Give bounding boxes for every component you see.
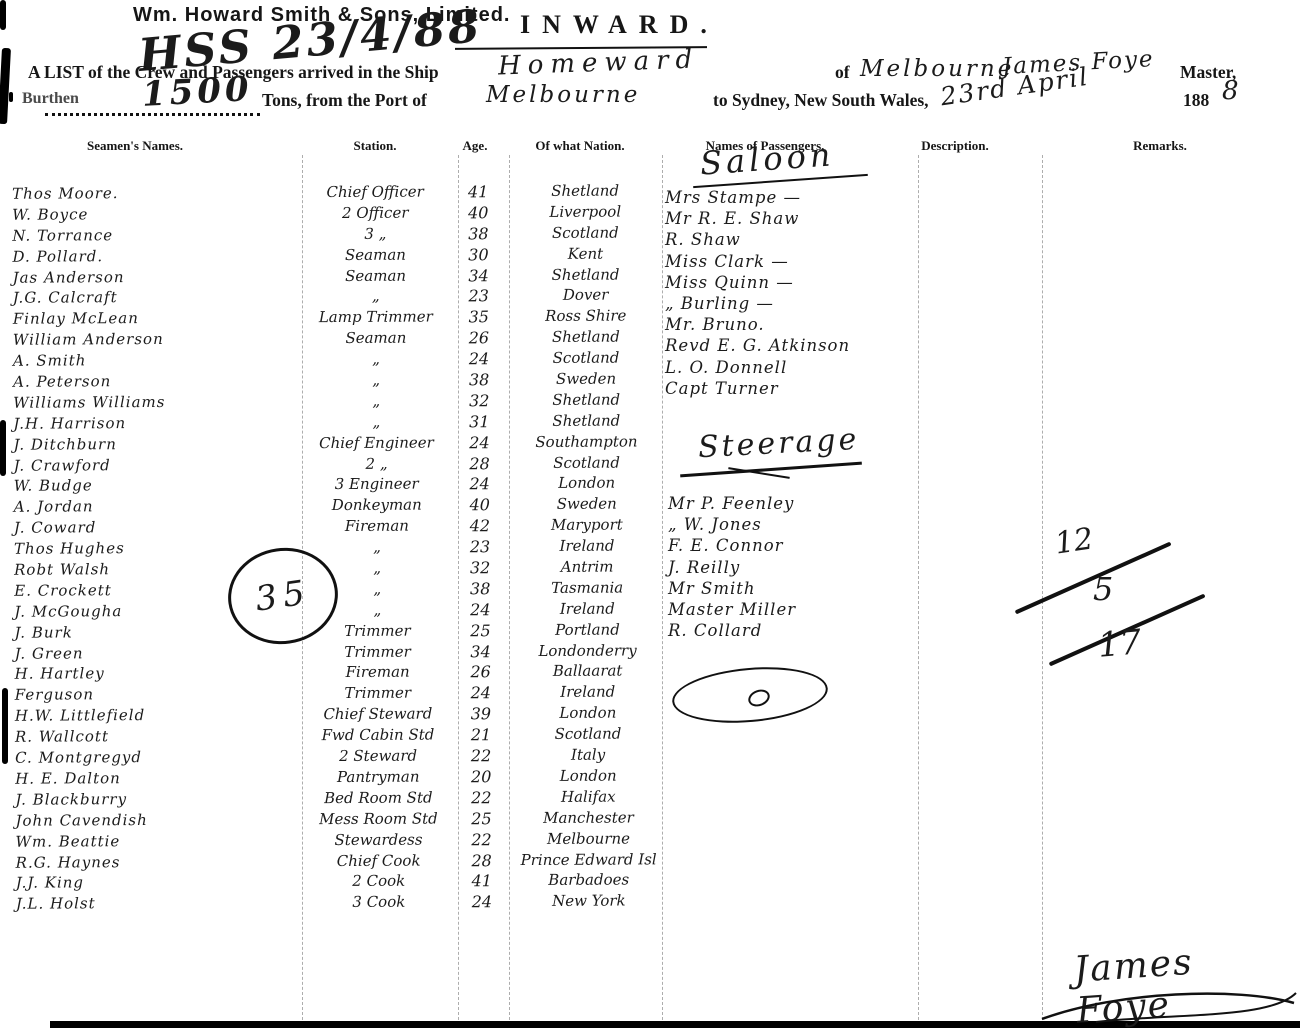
crew-nation: Halifax xyxy=(509,787,667,806)
crew-station: Chief Steward xyxy=(295,705,461,724)
crew-station: 2 Cook xyxy=(296,872,462,891)
tally-total-count: 17 xyxy=(1096,622,1143,666)
crew-nation: Ireland xyxy=(509,683,667,702)
scan-artifact xyxy=(2,688,8,764)
crew-station: Mess Room Std xyxy=(295,809,461,828)
crew-station: Seaman xyxy=(293,329,459,348)
crew-age: 24 xyxy=(453,433,505,452)
crew-age: 23 xyxy=(453,287,505,306)
crew-age: 39 xyxy=(455,704,507,723)
crew-nation: Portland xyxy=(508,620,666,639)
crew-age: 20 xyxy=(455,767,507,786)
crew-age: 24 xyxy=(456,892,508,911)
list-item: Mr R. E. Shaw xyxy=(665,209,920,230)
passenger-name: „ W. Jones xyxy=(668,515,762,534)
crew-nation: Sweden xyxy=(507,369,665,388)
crew-name: Thos Moore. xyxy=(12,183,292,202)
crew-name: Finlay McLean xyxy=(13,309,293,328)
crew-nation: London xyxy=(509,766,667,785)
crew-age: 24 xyxy=(453,349,505,368)
crew-age: 34 xyxy=(454,642,506,661)
crew-name: Wm. Beattie xyxy=(15,831,295,850)
crew-nation: Ballaarat xyxy=(509,662,667,681)
crew-nation: Ireland xyxy=(508,599,666,618)
list-item: Mr P. Feenley xyxy=(668,494,923,515)
crew-age: 24 xyxy=(454,600,506,619)
crew-nation: Kent xyxy=(506,244,664,263)
crew-age: 35 xyxy=(453,307,505,326)
crew-station: Fwd Cabin Std xyxy=(295,726,461,745)
passenger-name: R. Collard xyxy=(668,621,762,640)
of-label: of xyxy=(835,62,850,83)
list-item: R. Collard xyxy=(668,621,923,642)
page-title: INWARD. xyxy=(520,10,719,40)
crew-station: Chief Officer xyxy=(292,182,458,201)
crew-name: J. Ditchburn xyxy=(13,434,293,453)
crew-age: 31 xyxy=(453,412,505,431)
ship-name: Homeward xyxy=(498,44,700,81)
list-item: F. E. Connor xyxy=(668,536,923,557)
list-item: Miss Quinn — xyxy=(665,273,920,294)
passenger-name: R. Shaw xyxy=(665,230,741,249)
year-printed: 188 xyxy=(1183,90,1209,111)
crew-station: Lamp Trimmer xyxy=(293,308,459,327)
crew-age: 21 xyxy=(455,725,507,744)
list-item: Mrs Stampe — xyxy=(665,188,920,209)
crew-station: Fireman xyxy=(294,517,460,536)
crew-name: J.L. Holst xyxy=(16,894,296,913)
crew-age: 40 xyxy=(452,203,504,222)
crew-name: W. Boyce xyxy=(12,204,292,223)
crew-name: William Anderson xyxy=(13,329,293,348)
crew-name: A. Peterson xyxy=(13,371,293,390)
crew-nation: New York xyxy=(510,892,668,911)
crew-name: A. Jordan xyxy=(14,497,294,516)
passenger-name: L. O. Donnell xyxy=(665,358,787,377)
crew-station: Fireman xyxy=(295,663,461,682)
tons-label: Tons, from the Port of xyxy=(262,90,427,111)
crew-age: 26 xyxy=(453,328,505,347)
passenger-name: Capt Turner xyxy=(665,379,779,398)
crew-nation: Tasmania xyxy=(508,578,666,597)
signature-flourish xyxy=(1038,983,1300,1025)
crew-name: J. Crawford xyxy=(14,455,294,474)
crew-name: R.G. Haynes xyxy=(16,852,296,871)
crew-name: J. Coward xyxy=(14,517,294,536)
crew-name: R. Wallcott xyxy=(15,726,295,745)
tonnage-underline xyxy=(45,113,260,116)
crew-nation: Londonderry xyxy=(508,641,666,660)
crew-nation: Maryport xyxy=(508,516,666,535)
crew-name: H.W. Littlefield xyxy=(15,705,295,724)
list-item: Revd E. G. Atkinson xyxy=(665,336,920,357)
column-rule xyxy=(1042,155,1043,1020)
list-item: Mr Smith xyxy=(668,579,923,600)
crew-name: J.H. Harrison xyxy=(13,413,293,432)
crew-age: 28 xyxy=(454,454,506,473)
passenger-name: Master Miller xyxy=(668,600,796,619)
column-header-remarks: Remarks. xyxy=(1100,138,1220,154)
crew-name: Williams Williams xyxy=(13,392,293,411)
crew-station: 2 Officer xyxy=(292,203,458,222)
crew-nation: Italy xyxy=(509,745,667,764)
scan-artifact xyxy=(0,420,6,476)
crew-station: „ xyxy=(293,349,459,368)
scan-artifact xyxy=(0,0,6,30)
crew-nation: Shetland xyxy=(507,265,665,284)
crew-station: Seaman xyxy=(292,245,458,264)
crew-name: W. Budge xyxy=(14,476,294,495)
crew-station: Seaman xyxy=(293,266,459,285)
crew-age: 41 xyxy=(456,872,508,891)
column-header-description: Description. xyxy=(890,138,1020,154)
crew-age: 24 xyxy=(455,683,507,702)
crew-age: 32 xyxy=(454,558,506,577)
year-digit: 8 xyxy=(1222,76,1239,106)
list-item: Master Miller xyxy=(668,600,923,621)
crew-age: 25 xyxy=(455,809,507,828)
crew-name: J.G. Calcraft xyxy=(13,288,293,307)
crew-nation: Barbadoes xyxy=(510,871,668,890)
crew-station: Trimmer xyxy=(295,684,461,703)
crew-name: H. Hartley xyxy=(15,664,295,683)
crew-nation: Sweden xyxy=(508,495,666,514)
passenger-name: „ Burling — xyxy=(665,294,774,313)
crew-table: Thos Moore. Chief Officer 41 Shetland W.… xyxy=(6,181,670,916)
passenger-name: Miss Quinn — xyxy=(665,273,794,292)
crew-age: 25 xyxy=(454,621,506,640)
crew-nation: Shetland xyxy=(506,181,664,200)
crew-nation: Ross Shire xyxy=(507,307,665,326)
crew-age: 26 xyxy=(455,663,507,682)
crew-station: Pantryman xyxy=(295,767,461,786)
crew-nation: Southampton xyxy=(507,432,665,451)
destination-label: to Sydney, New South Wales, xyxy=(713,90,929,111)
crew-station: „ xyxy=(293,391,459,410)
passenger-name: Mr R. E. Shaw xyxy=(665,209,799,228)
burthen-label: Burthen xyxy=(22,90,79,108)
column-header-seamens-names: Seamen's Names. xyxy=(55,138,215,154)
list-item: Mr. Bruno. xyxy=(665,315,920,336)
crew-age: 22 xyxy=(455,746,507,765)
column-header-station: Station. xyxy=(320,138,430,154)
crew-name: A. Smith xyxy=(13,350,293,369)
list-item: J. Reilly xyxy=(668,558,923,579)
crew-name: N. Torrance xyxy=(12,225,292,244)
crew-age: 38 xyxy=(454,579,506,598)
crew-nation: Shetland xyxy=(507,390,665,409)
tally-saloon-count: 12 xyxy=(1053,522,1096,562)
crew-station: Bed Room Std xyxy=(295,788,461,807)
crew-age: 40 xyxy=(454,495,506,514)
crew-nation: Manchester xyxy=(509,808,667,827)
crew-name: H. E. Dalton xyxy=(15,768,295,787)
passenger-name: F. E. Connor xyxy=(668,536,784,555)
crew-nation: Prince Edward Isl xyxy=(510,850,668,869)
crew-nation: Scotland xyxy=(509,724,667,743)
from-port: Melbourne xyxy=(486,82,640,108)
crew-nation: Antrim xyxy=(508,557,666,576)
tonnage-value: 1500 xyxy=(141,69,254,115)
crew-age: 42 xyxy=(454,516,506,535)
crew-name: Jas Anderson xyxy=(13,267,293,286)
list-item: Miss Clark — xyxy=(665,252,920,273)
crew-nation: Shetland xyxy=(507,328,665,347)
list-item: „ W. Jones xyxy=(668,515,923,536)
crew-age: 32 xyxy=(453,391,505,410)
list-item: Capt Turner xyxy=(665,379,920,400)
crew-station: „ xyxy=(294,538,460,557)
passenger-name: Mr P. Feenley xyxy=(668,494,794,513)
crew-nation: Melbourne xyxy=(509,829,667,848)
crew-name: John Cavendish xyxy=(15,810,295,829)
list-item: R. Shaw xyxy=(665,230,920,251)
saloon-passenger-list: Mrs Stampe — Mr R. E. Shaw R. Shaw Miss … xyxy=(665,188,920,400)
crew-station: „ xyxy=(293,370,459,389)
passenger-name: Revd E. G. Atkinson xyxy=(665,336,850,355)
crew-nation: Scotland xyxy=(506,223,664,242)
crew-age: 38 xyxy=(453,370,505,389)
crew-station: Trimmer xyxy=(294,642,460,661)
crew-name: D. Pollard. xyxy=(12,246,292,265)
crew-station: 3 „ xyxy=(292,224,458,243)
list-item: „ Burling — xyxy=(665,294,920,315)
crew-nation: London xyxy=(509,704,667,723)
crew-age: 28 xyxy=(456,851,508,870)
crew-nation: Ireland xyxy=(508,536,666,555)
passenger-name: Mr. Bruno. xyxy=(665,315,765,334)
crew-nation: Shetland xyxy=(507,411,665,430)
saloon-heading: Saloon xyxy=(699,135,836,182)
crew-age: 38 xyxy=(452,224,504,243)
crew-age: 22 xyxy=(455,830,507,849)
crew-name: J.J. King xyxy=(16,873,296,892)
crew-station: Chief Cook xyxy=(296,851,462,870)
crew-age: 30 xyxy=(452,245,504,264)
table-row: J.L. Holst 3 Cook 24 New York xyxy=(10,892,670,916)
passenger-name: Mrs Stampe — xyxy=(665,188,801,207)
passenger-name: J. Reilly xyxy=(668,558,740,577)
crew-station: 2 Steward xyxy=(295,746,461,765)
passenger-name: Miss Clark — xyxy=(665,252,789,271)
crew-name: C. Montgregyd xyxy=(15,747,295,766)
crew-station: Stewardess xyxy=(295,830,461,849)
crew-station: „ xyxy=(293,412,459,431)
crew-station: 2 „ xyxy=(294,454,460,473)
crew-station: 3 Engineer xyxy=(294,475,460,494)
crew-nation: Scotland xyxy=(508,453,666,472)
crew-age: 24 xyxy=(454,475,506,494)
crew-name: Ferguson xyxy=(15,685,295,704)
crew-list-document: Wm. Howard Smith & Sons, Limited. HSS 23… xyxy=(0,0,1300,1028)
steerage-passenger-list: Mr P. Feenley „ W. Jones F. E. Connor J.… xyxy=(668,494,923,642)
steerage-heading: Steerage xyxy=(697,422,860,465)
crew-age: 22 xyxy=(455,788,507,807)
crew-station: Chief Engineer xyxy=(293,433,459,452)
column-header-age: Age. xyxy=(440,138,510,154)
crew-nation: Scotland xyxy=(507,348,665,367)
crew-name: J. Green xyxy=(14,643,294,662)
crew-name: Thos Hughes xyxy=(14,538,294,557)
crew-nation: Dover xyxy=(507,286,665,305)
crew-station: 3 Cook xyxy=(296,893,462,912)
scan-artifact xyxy=(9,92,13,102)
crew-nation: London xyxy=(508,474,666,493)
list-item: L. O. Donnell xyxy=(665,358,920,379)
crew-count-value: 35 xyxy=(253,572,313,619)
crew-age: 23 xyxy=(454,537,506,556)
crew-age: 41 xyxy=(452,182,504,201)
passenger-name: Mr Smith xyxy=(668,579,756,598)
tally-steerage-count: 5 xyxy=(1093,570,1113,608)
scan-artifact xyxy=(0,48,11,124)
crew-name: J. Blackburry xyxy=(15,789,295,808)
crew-station: „ xyxy=(293,287,459,306)
column-header-nation: Of what Nation. xyxy=(515,138,645,154)
crew-station: Donkeyman xyxy=(294,496,460,515)
crew-age: 34 xyxy=(453,266,505,285)
crew-nation: Liverpool xyxy=(506,202,664,221)
